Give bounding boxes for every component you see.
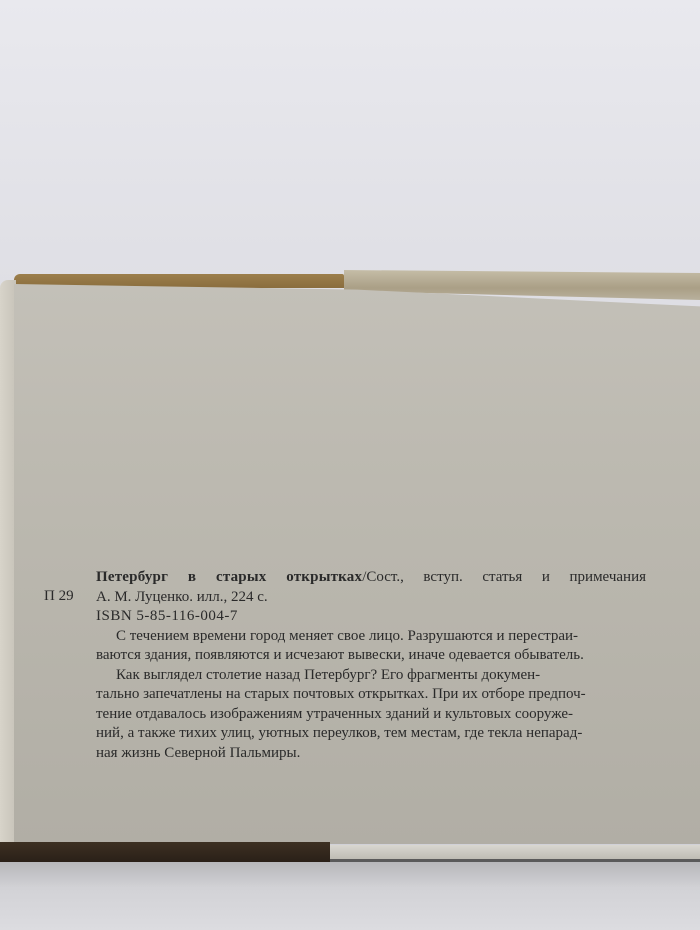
book-cover-edge-bottom (0, 842, 330, 862)
entry-content: Петербург в старых открытках/Сост., всту… (96, 568, 646, 763)
paragraph-2-line-1: Как выглядел столетие назад Петербург? Е… (96, 666, 646, 686)
book-page-edge-bottom (330, 845, 700, 862)
isbn: ISBN 5-85-116-004-7 (96, 607, 646, 627)
title-line: Петербург в старых открытках/Сост., всту… (96, 568, 646, 588)
catalog-index: П 29 (44, 587, 74, 607)
page-curl-left (0, 280, 16, 850)
paragraph-2-line-3: тение отдавалось изображениям утраченных… (96, 705, 646, 725)
paragraph-2-line-2: тально запечатлены на старых почтовых от… (96, 685, 646, 705)
authors-line: А. М. Луценко. илл., 224 с. (96, 588, 646, 608)
paragraph-2-line-4: ний, а также тихих улиц, уютных переулко… (96, 724, 646, 744)
book-title: Петербург в старых открытках (96, 569, 362, 585)
title-rest: /Сост., вступ. статья и примечания (362, 569, 646, 585)
paragraph-1-line-1: С течением времени город меняет свое лиц… (96, 627, 646, 647)
table-surface (0, 860, 700, 930)
paragraph-1-line-2: ваются здания, появляются и исчезают выв… (96, 646, 646, 666)
paragraph-2-line-5: ная жизнь Северной Пальмиры. (96, 744, 646, 764)
